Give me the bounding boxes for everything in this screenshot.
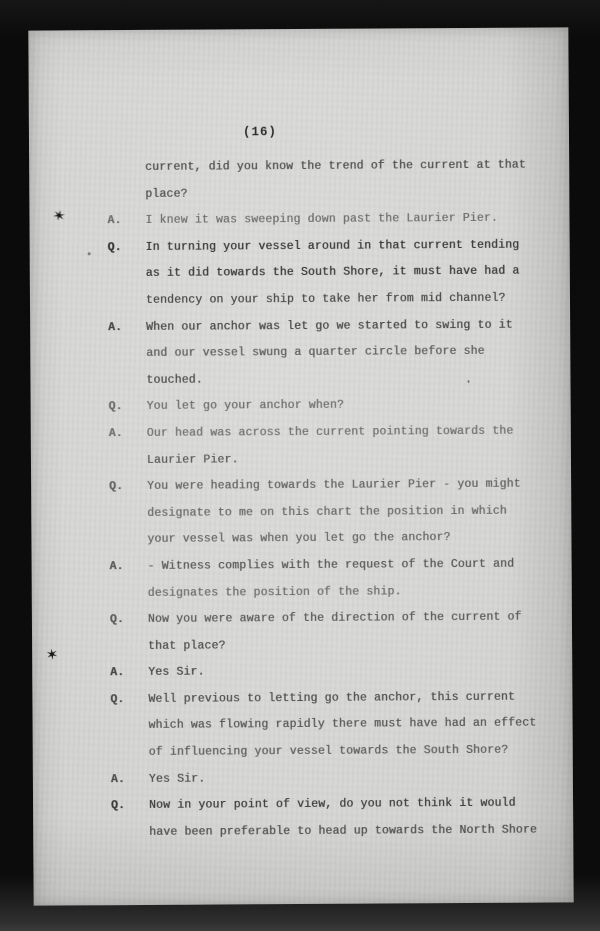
line-text: designate to me on this chart the positi… [147,504,507,519]
transcript-line: Q.In turning your vessel around in that … [30,238,570,268]
qa-marker: A. [110,666,124,679]
transcript-line: designates the position of the ship. [32,584,572,614]
transcript-line: that place? [32,637,572,667]
transcript-line: designate to me on this chart the positi… [31,504,571,534]
transcript-line: as it did towards the South Shore, it mu… [30,265,570,295]
line-text: Now you were aware of the direction of t… [148,611,522,626]
transcript-body: current, did you know the trend of the c… [29,158,573,853]
scanned-document: (16) ✶ ✶ current, did you know the trend… [0,0,600,931]
qa-marker: Q. [110,693,124,706]
line-text: Yes Sir. [149,772,206,785]
line-text: Now in your point of view, do you not th… [149,797,516,812]
transcript-line: tendency on your ship to take her from m… [30,291,570,321]
transcript-line: have been preferable to head up towards … [33,823,573,853]
line-text: have been preferable to head up towards … [149,823,537,838]
transcript-line: Q.Now in your point of view, do you not … [33,797,573,827]
line-text: In turning your vessel around in that cu… [146,238,520,253]
qa-marker: Q. [111,799,125,812]
line-text: You let go your anchor when? [147,399,345,413]
page-number: (16) [225,125,295,139]
qa-marker: A. [111,773,125,786]
transcript-line: place? [29,185,569,215]
line-text: place? [145,187,187,200]
line-text: touched. [146,373,203,386]
transcript-line: current, did you know the trend of the c… [29,158,569,188]
line-text: your vessel was when you let go the anch… [147,531,450,546]
transcript-line: Q.Well previous to letting go the anchor… [32,690,572,720]
line-text: of influencing your vessel towards the S… [149,744,509,759]
transcript-line: your vessel was when you let go the anch… [31,531,571,561]
transcript-line: touched. [30,371,570,401]
line-text: - Witness complies with the request of t… [148,558,515,573]
line-text: as it did towards the South Shore, it mu… [146,265,520,280]
line-text: that place? [148,639,226,652]
qa-marker: Q. [110,613,124,626]
transcript-line: A.Yes Sir. [32,664,572,694]
line-text: which was flowing rapidly there must hav… [149,717,537,732]
transcript-line: A.- Witness complies with the request of… [32,557,572,587]
qa-marker: Q. [109,400,123,413]
line-text: Our head was across the current pointing… [147,425,514,440]
document-page: (16) ✶ ✶ current, did you know the trend… [28,27,573,905]
qa-marker: A. [109,427,123,440]
line-text: You were heading towards the Laurier Pie… [147,478,521,493]
line-text: current, did you know the trend of the c… [145,159,526,174]
transcript-line: which was flowing rapidly there must hav… [33,717,573,747]
transcript-line: Q.Now you were aware of the direction of… [32,610,572,640]
line-text: Well previous to letting go the anchor, … [148,691,515,706]
qa-marker: Q. [109,480,123,493]
line-text: and our vessel swung a quarter circle be… [146,345,485,360]
line-text: designates the position of the ship. [148,585,402,600]
line-text: tendency on your ship to take her from m… [146,292,506,307]
transcript-line: A.Our head was across the current pointi… [31,424,571,454]
transcript-line: A.When our anchor was let go we started … [30,318,570,348]
transcript-line: of influencing your vessel towards the S… [33,743,573,773]
transcript-line: A.I knew it was sweeping down past the L… [29,212,569,242]
line-text: I knew it was sweeping down past the Lau… [145,212,498,227]
qa-marker: A. [110,560,124,573]
line-text: Laurier Pier. [147,453,239,467]
transcript-line: A.Yes Sir. [33,770,573,800]
qa-marker: A. [107,214,121,227]
line-text: Yes Sir. [148,666,205,679]
transcript-line: Q.You let go your anchor when? [31,398,571,428]
qa-marker: Q. [108,241,122,254]
line-text: When our anchor was let go we started to… [146,318,513,333]
transcript-line: and our vessel swung a quarter circle be… [30,345,570,375]
qa-marker: A. [108,321,122,334]
transcript-line: Laurier Pier. [31,451,571,481]
transcript-line: Q.You were heading towards the Laurier P… [31,477,571,507]
